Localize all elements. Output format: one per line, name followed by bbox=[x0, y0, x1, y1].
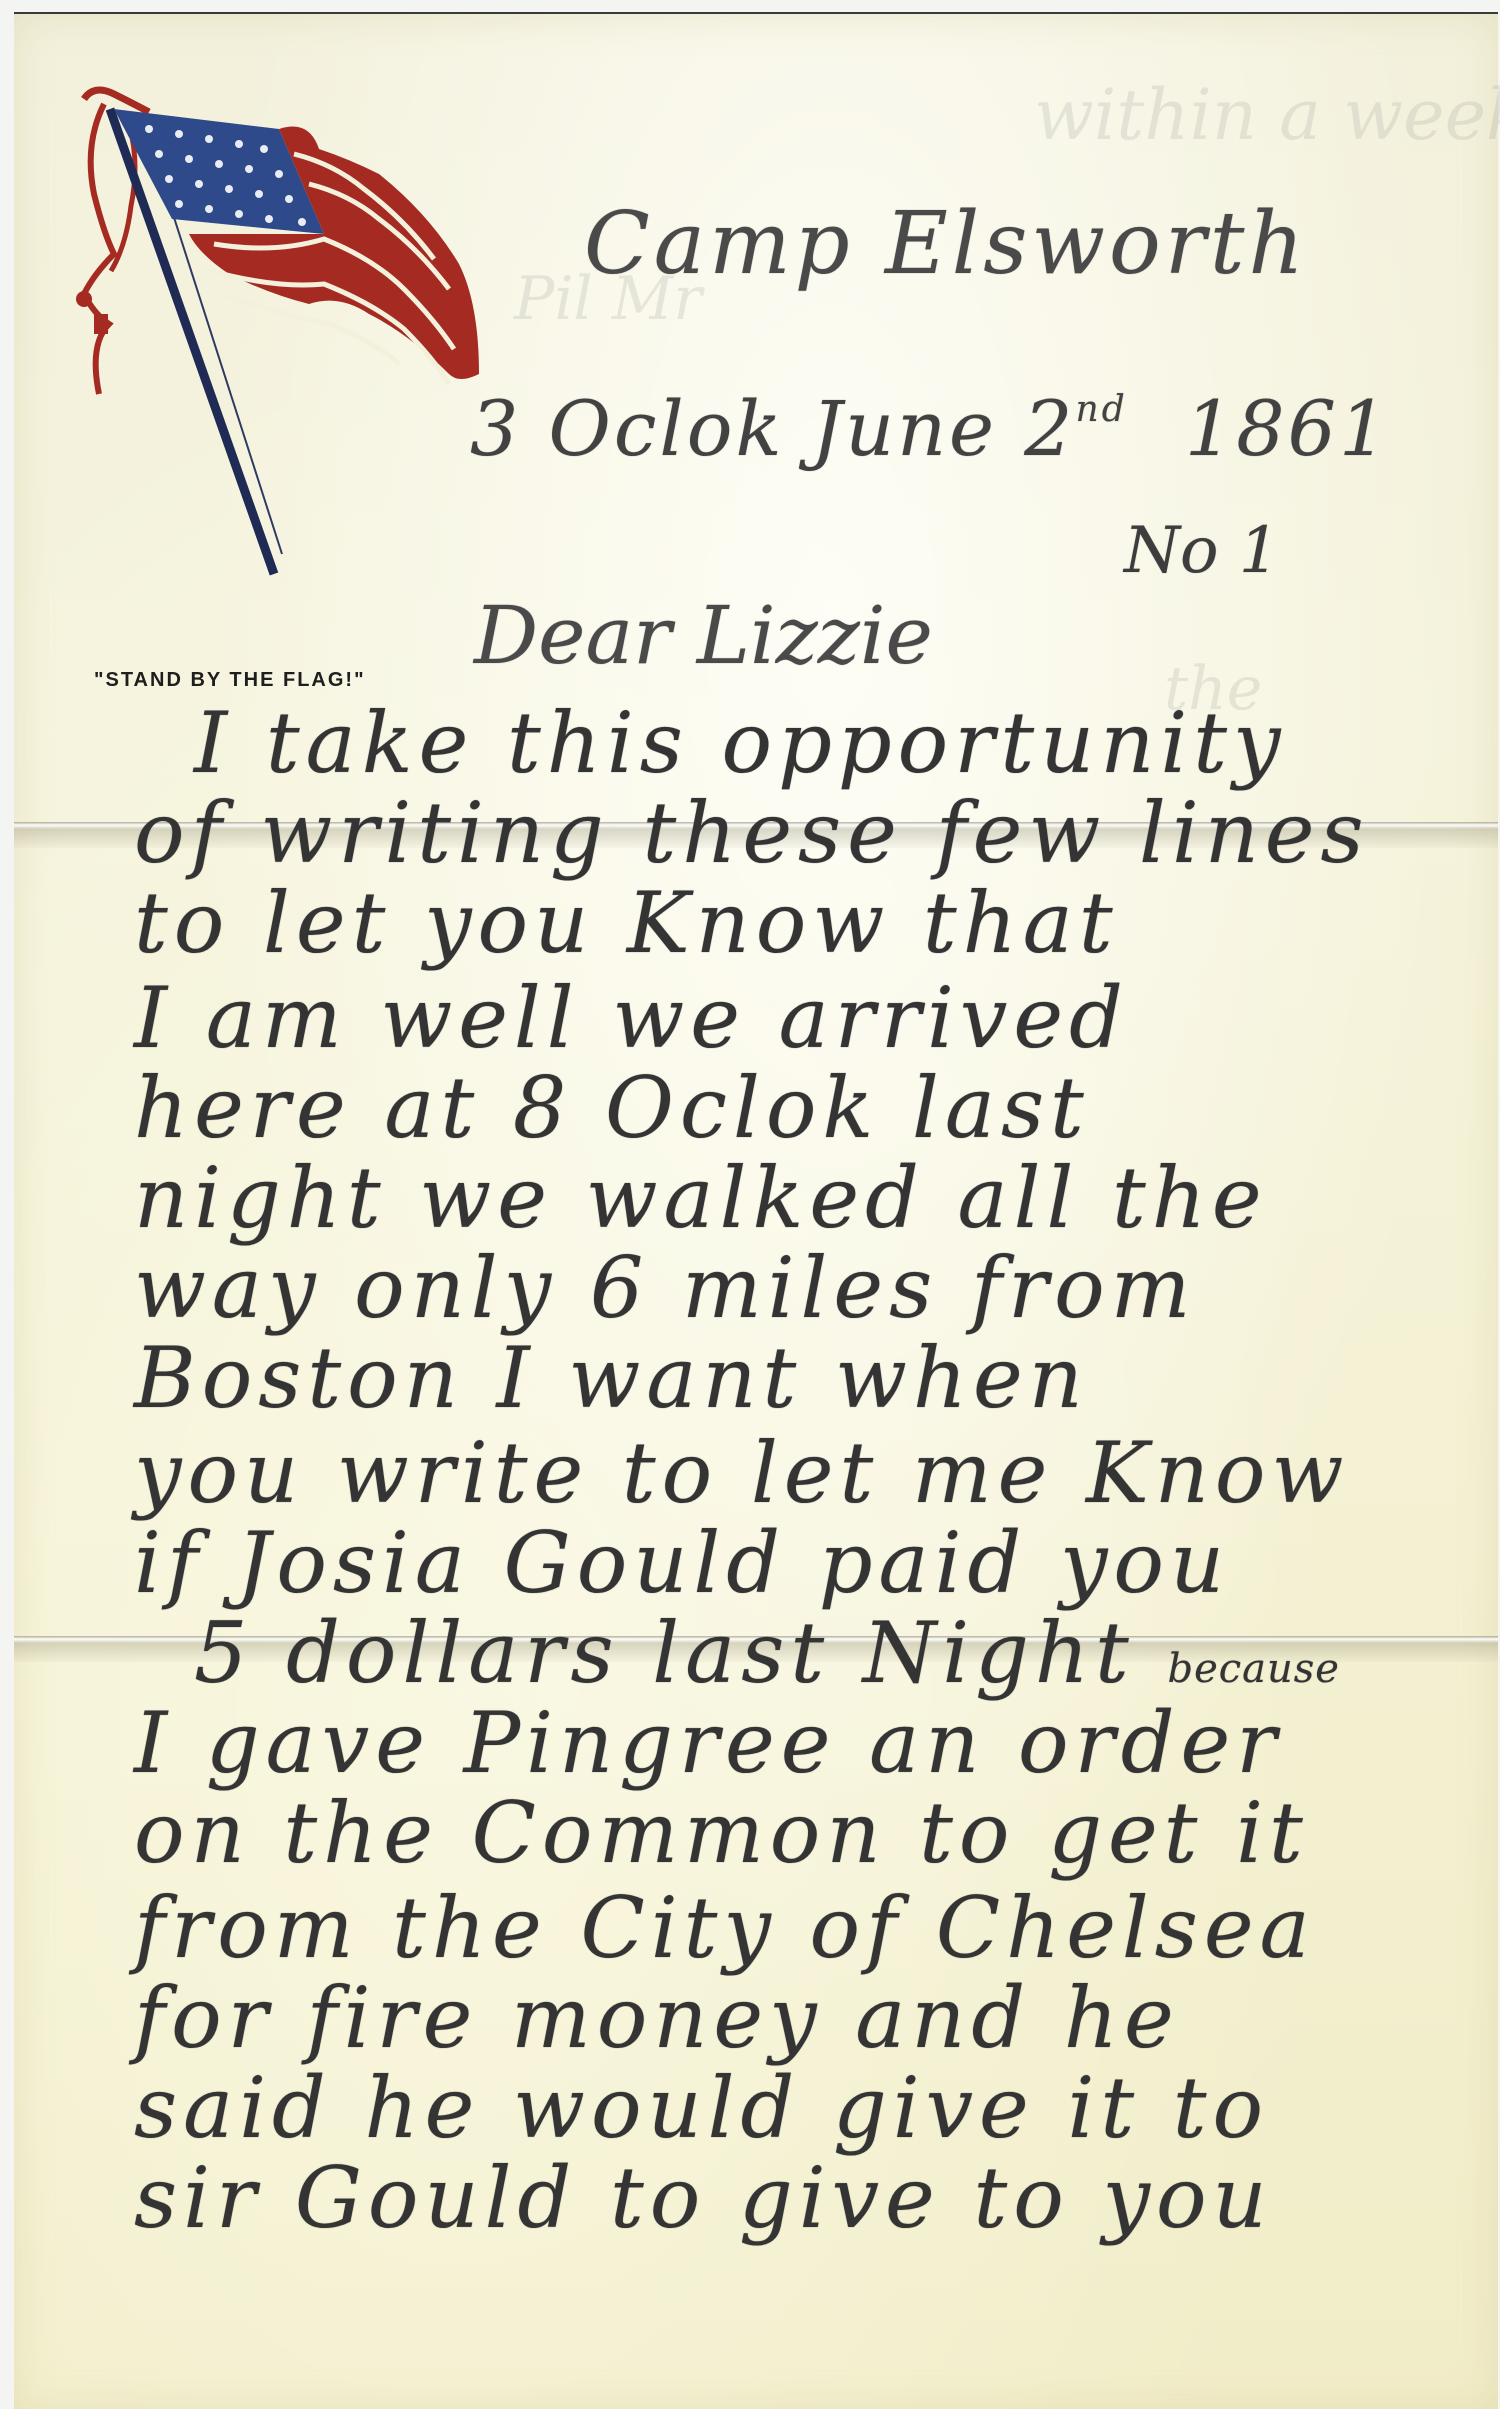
body-line: Boston I want when bbox=[134, 1329, 1089, 1427]
letter-date: 3 Oclok June 2nd 1861 bbox=[470, 384, 1390, 473]
body-line: if Josia Gould paid you bbox=[134, 1514, 1230, 1612]
body-line: sir Gould to give to you bbox=[134, 2149, 1273, 2247]
body-line: from the City of Chelsea bbox=[134, 1879, 1316, 1977]
body-line: I am well we arrived bbox=[134, 969, 1129, 1067]
letterhead: "STAND BY THE FLAG!" bbox=[54, 54, 494, 654]
body-line: night we walked all the bbox=[134, 1149, 1268, 1247]
letter-number: No 1 bbox=[1124, 514, 1280, 588]
body-line-text: 5 dollars last Night bbox=[194, 1604, 1135, 1702]
body-line: I take this opportunity bbox=[194, 694, 1286, 792]
body-line: way only 6 miles from bbox=[134, 1239, 1196, 1337]
date-text: 3 Oclok June 2 bbox=[470, 384, 1076, 473]
body-line: of writing these few lines bbox=[134, 784, 1370, 882]
margin-note: because bbox=[1167, 1646, 1340, 1692]
body-line: said he would give it to bbox=[134, 2059, 1269, 2157]
body-line: you write to let me Know bbox=[134, 1424, 1349, 1522]
date-year: 1861 bbox=[1185, 384, 1390, 473]
body-line: for fire money and he bbox=[134, 1969, 1180, 2067]
body-line: to let you Know that bbox=[134, 874, 1119, 972]
letterhead-motto: "STAND BY THE FLAG!" bbox=[94, 669, 494, 692]
american-flag-icon bbox=[54, 54, 494, 654]
letter-paper: within a week Pil Mr the bbox=[14, 12, 1498, 2409]
bleed-through-text: within a week bbox=[1034, 74, 1500, 156]
letter-place: Camp Elsworth bbox=[584, 194, 1308, 294]
body-line: here at 8 Oclok last bbox=[134, 1059, 1090, 1157]
date-ordinal: nd bbox=[1076, 389, 1128, 430]
body-line: I gave Pingree an order bbox=[134, 1694, 1282, 1792]
body-line: 5 dollars last Night because bbox=[194, 1604, 1340, 1702]
salutation: Dear Lizzie bbox=[474, 589, 933, 682]
body-line: on the Common to get it bbox=[134, 1784, 1309, 1882]
